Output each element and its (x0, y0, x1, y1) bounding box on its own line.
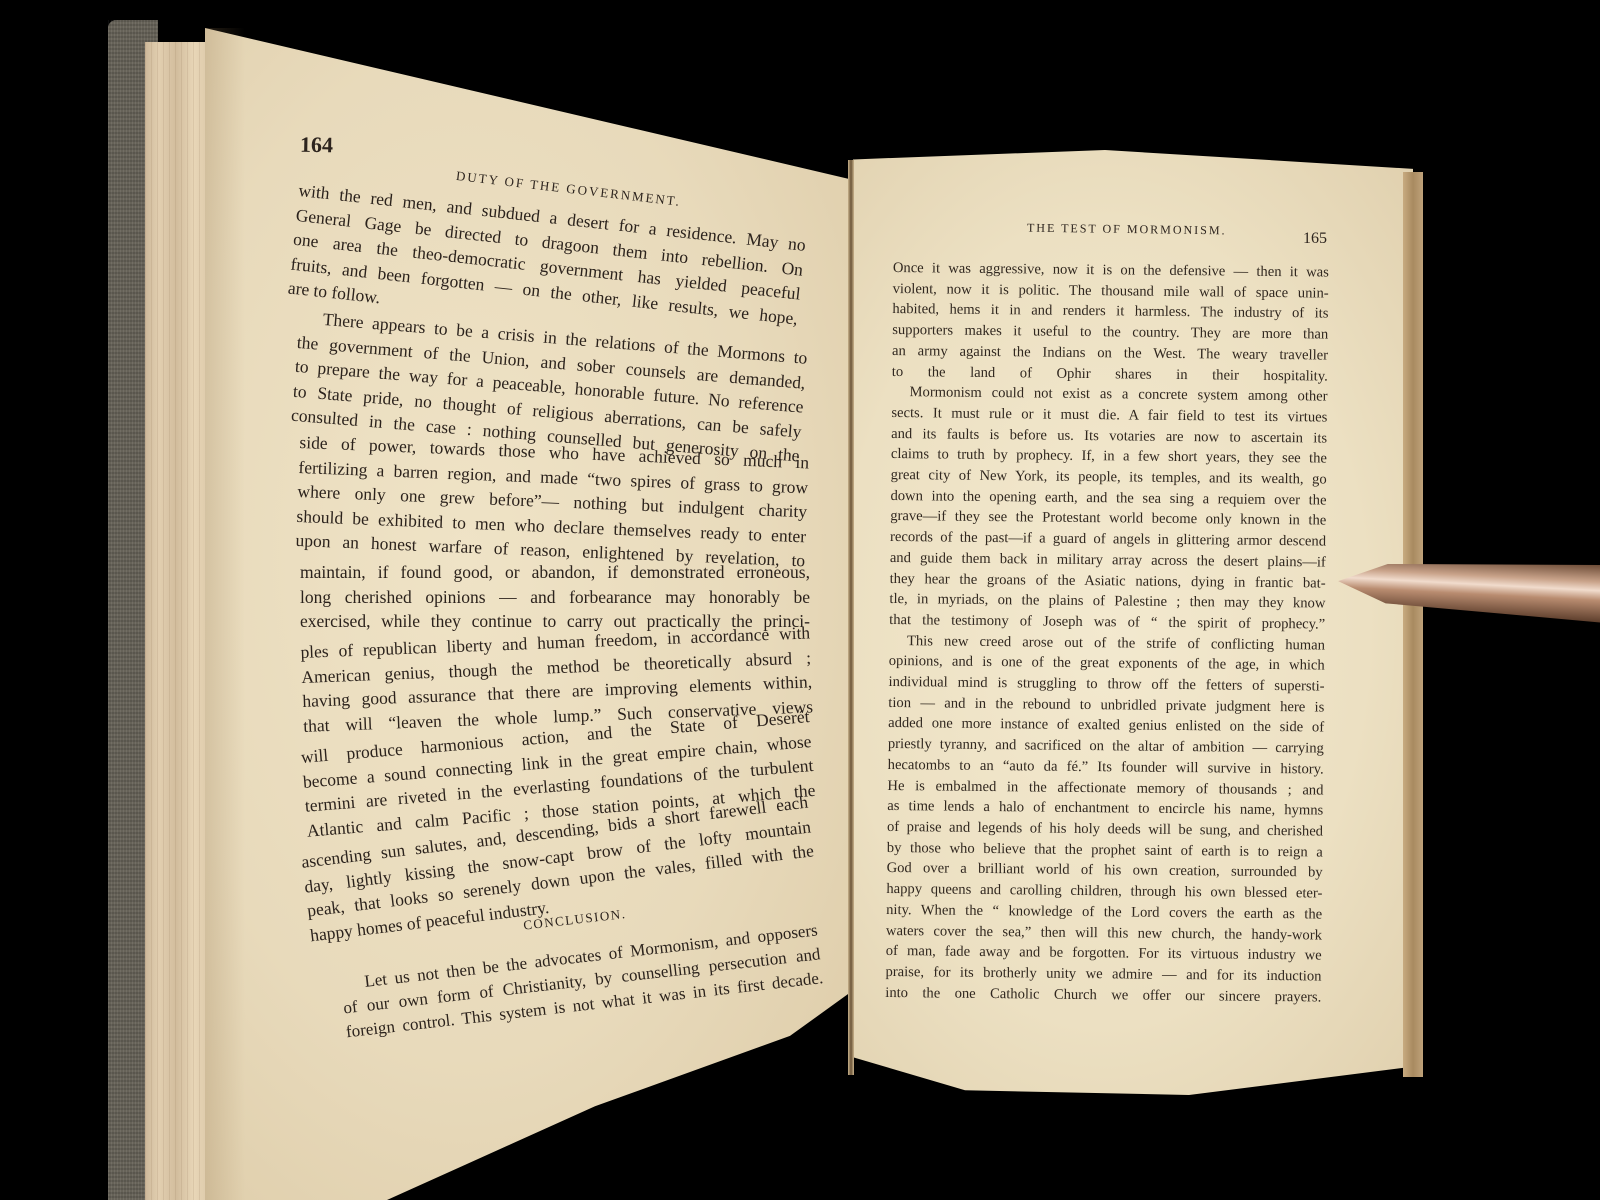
right-page-stack-edge (1403, 172, 1423, 1077)
left-page-number: 164 (300, 132, 333, 159)
left-page-shadow (205, 28, 245, 1200)
text-line: maintain, if found good, or abandon, if … (300, 560, 810, 585)
right-running-head: THE TEST OF MORMONISM. (1027, 221, 1227, 239)
right-page-number: 165 (1303, 230, 1327, 248)
right-page-body: Once it was aggressive, now it is on the… (885, 258, 1329, 1008)
text-line: long cherished opinions — and forbearanc… (300, 585, 810, 610)
book-photo: 164 DUTY OF THE GOVERNMENT. with the red… (0, 0, 1600, 1200)
book-gutter (848, 160, 854, 1075)
